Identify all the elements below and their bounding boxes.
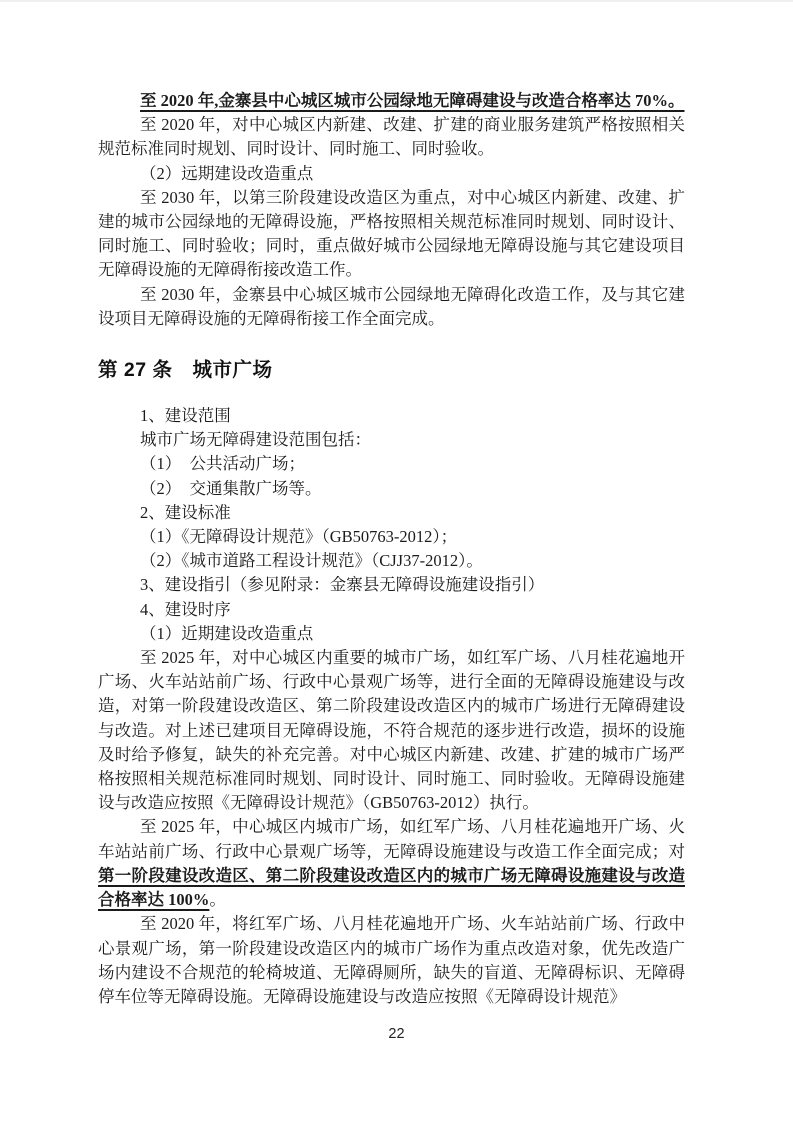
- list-line-nearterm-focus: （1）近期建设改造重点: [98, 622, 685, 646]
- paragraph-2030-complete: 至 2030 年，金寨县中心城区城市公园绿地无障碍化改造工作，及与其它建设项目无…: [98, 283, 685, 331]
- document-page: 至 2020 年,金寨县中心城区城市公园绿地无障碍建设与改造合格率达 70%。 …: [0, 0, 793, 1122]
- paragraph-2025-complete-lead: 至 2025 年，中心城区内城市广场，如红军广场、八月桂花遍地开广场、火车站站前…: [98, 817, 685, 860]
- list-line-scope-title: 1、建设范围: [98, 404, 685, 428]
- list-line-scope-item-1: （1） 公共活动广场；: [98, 452, 685, 476]
- list-line-scope-item-2: （2） 交通集散广场等。: [98, 477, 685, 501]
- list-line-guideline: 3、建设指引（参见附录：金寨县无障碍设施建设指引）: [98, 573, 685, 597]
- paragraph-2025-complete-tail: 。: [209, 890, 226, 909]
- list-line-standard-title: 2、建设标准: [98, 501, 685, 525]
- paragraph-2025-build: 至 2025 年，对中心城区内重要的城市广场，如红军广场、八月桂花遍地开广场、火…: [98, 646, 685, 815]
- list-line-sequence-title: 4、建设时序: [98, 598, 685, 622]
- article-27-heading: 第 27 条 城市广场: [98, 355, 685, 385]
- list-line-standard-item-1: （1）《无障碍设计规范》（GB50763-2012）；: [98, 525, 685, 549]
- list-line-scope-intro: 城市广场无障碍建设范围包括：: [98, 428, 685, 452]
- underlined-target-text-70: 至 2020 年,金寨县中心城区城市公园绿地无障碍建设与改造合格率达 70%。: [140, 91, 685, 110]
- paragraph-2020-priority: 至 2020 年，将红军广场、八月桂花遍地开广场、火车站站前广场、行政中心景观广…: [98, 912, 685, 1009]
- page-number: 22: [0, 1024, 793, 1044]
- highlight-target-line-70: 至 2020 年,金寨县中心城区城市公园绿地无障碍建设与改造合格率达 70%。: [98, 89, 685, 113]
- paragraph-2025-complete: 至 2025 年，中心城区内城市广场，如红军广场、八月桂花遍地开广场、火车站站前…: [98, 815, 685, 912]
- subheading-longterm-focus: （2）远期建设改造重点: [98, 162, 685, 186]
- paragraph-commercial-2020: 至 2020 年，对中心城区内新建、改建、扩建的商业服务建筑严格按照相关规范标准…: [98, 113, 685, 161]
- paragraph-2030-focus: 至 2030 年，以第三阶段建设改造区为重点，对中心城区内新建、改建、扩建的城市…: [98, 186, 685, 283]
- list-line-standard-item-2: （2）《城市道路工程设计规范》（CJJ37-2012）。: [98, 549, 685, 573]
- underlined-target-text-100: 第一阶段建设改造区、第二阶段建设改造区内的城市广场无障碍设施建设与改造合格率达 …: [98, 866, 685, 909]
